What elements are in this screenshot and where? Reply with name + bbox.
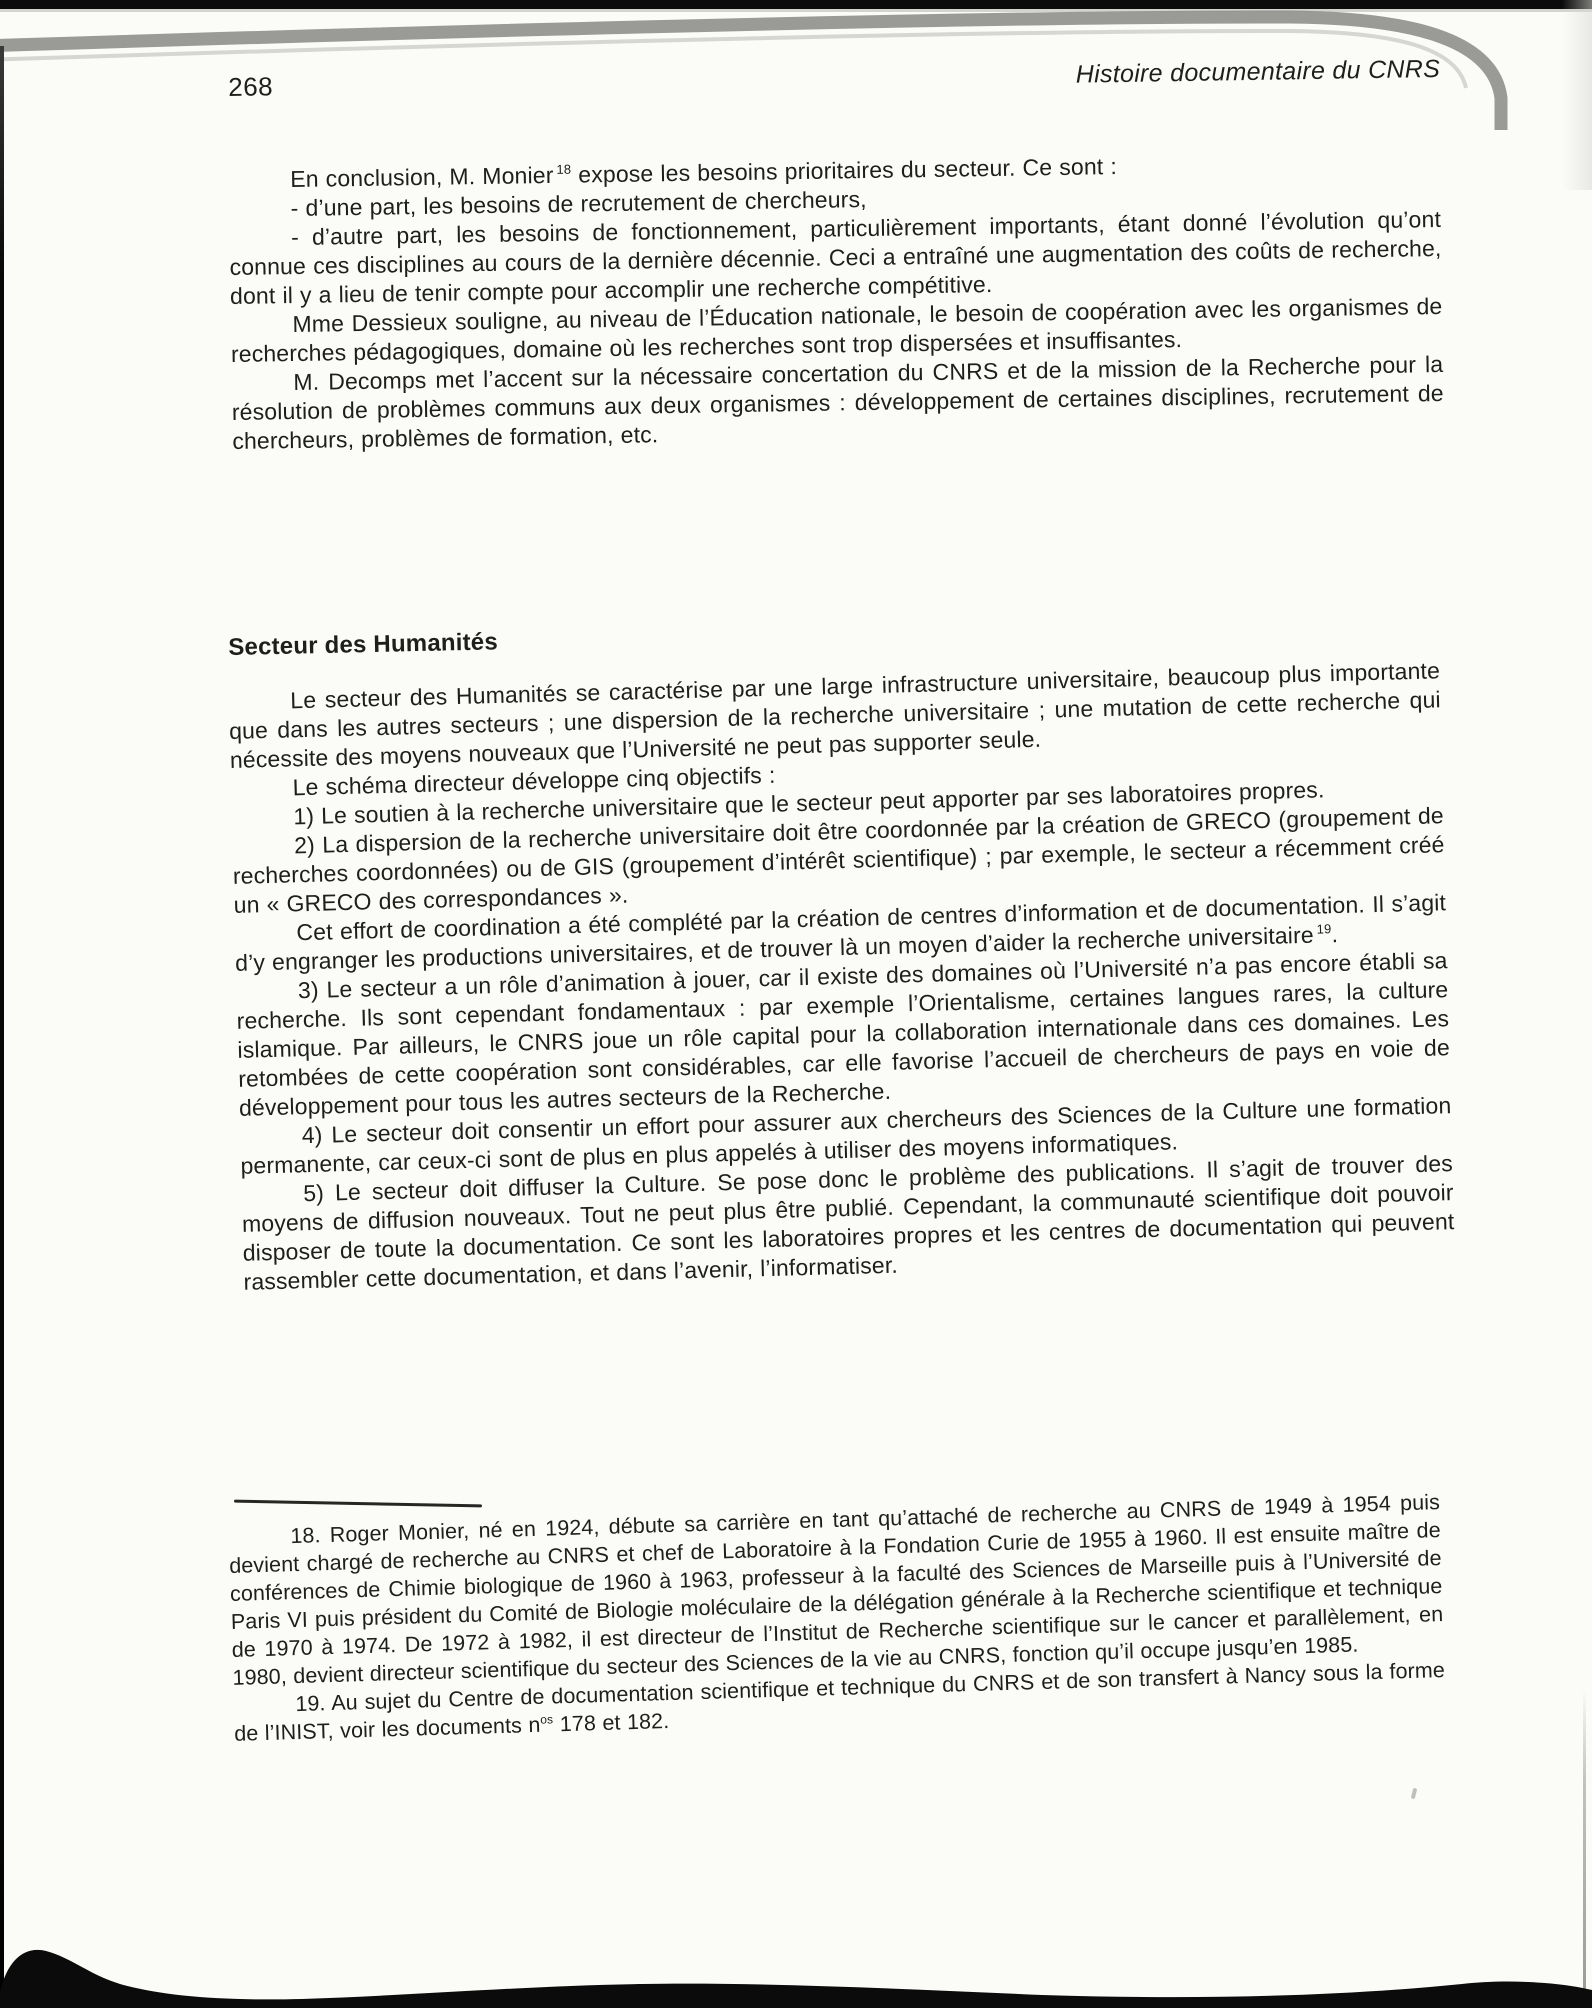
running-title: Histoire documentaire du CNRS (1076, 55, 1441, 90)
scan-bottom-edge (0, 1930, 1592, 2008)
footnote-ref-19: 19 (1316, 922, 1331, 937)
footnote-19-ordinal: os (540, 1712, 553, 1726)
effort-text-end: . (1331, 921, 1338, 947)
footnote-ref-18: 18 (556, 162, 571, 177)
page-number: 268 (228, 71, 273, 103)
paragraph-decomps: M. Decomps met l’accent sur la nécessair… (231, 350, 1444, 456)
section-heading-block: Secteur des Humanités (228, 609, 1440, 662)
humanities-block: Le secteur des Humanités se caractérise … (228, 656, 1456, 1297)
scan-left-edge (0, 46, 4, 1992)
scan-right-shade (1562, 0, 1592, 190)
section-heading: Secteur des Humanités (228, 609, 1440, 662)
footnotes-block: 18. Roger Monier, né en 1924, débute sa … (228, 1488, 1446, 1748)
scan-speck (1411, 1788, 1418, 1800)
conclusion-block: En conclusion, M. Monier18 expose les be… (228, 147, 1444, 456)
footnote-separator (234, 1500, 482, 1508)
conclusion-text: En conclusion, M. Monier (290, 162, 554, 192)
scanned-page: 268 Histoire documentaire du CNRS En con… (0, 0, 1592, 2008)
footnote-19-text-end: 178 et 182. (553, 1709, 670, 1736)
